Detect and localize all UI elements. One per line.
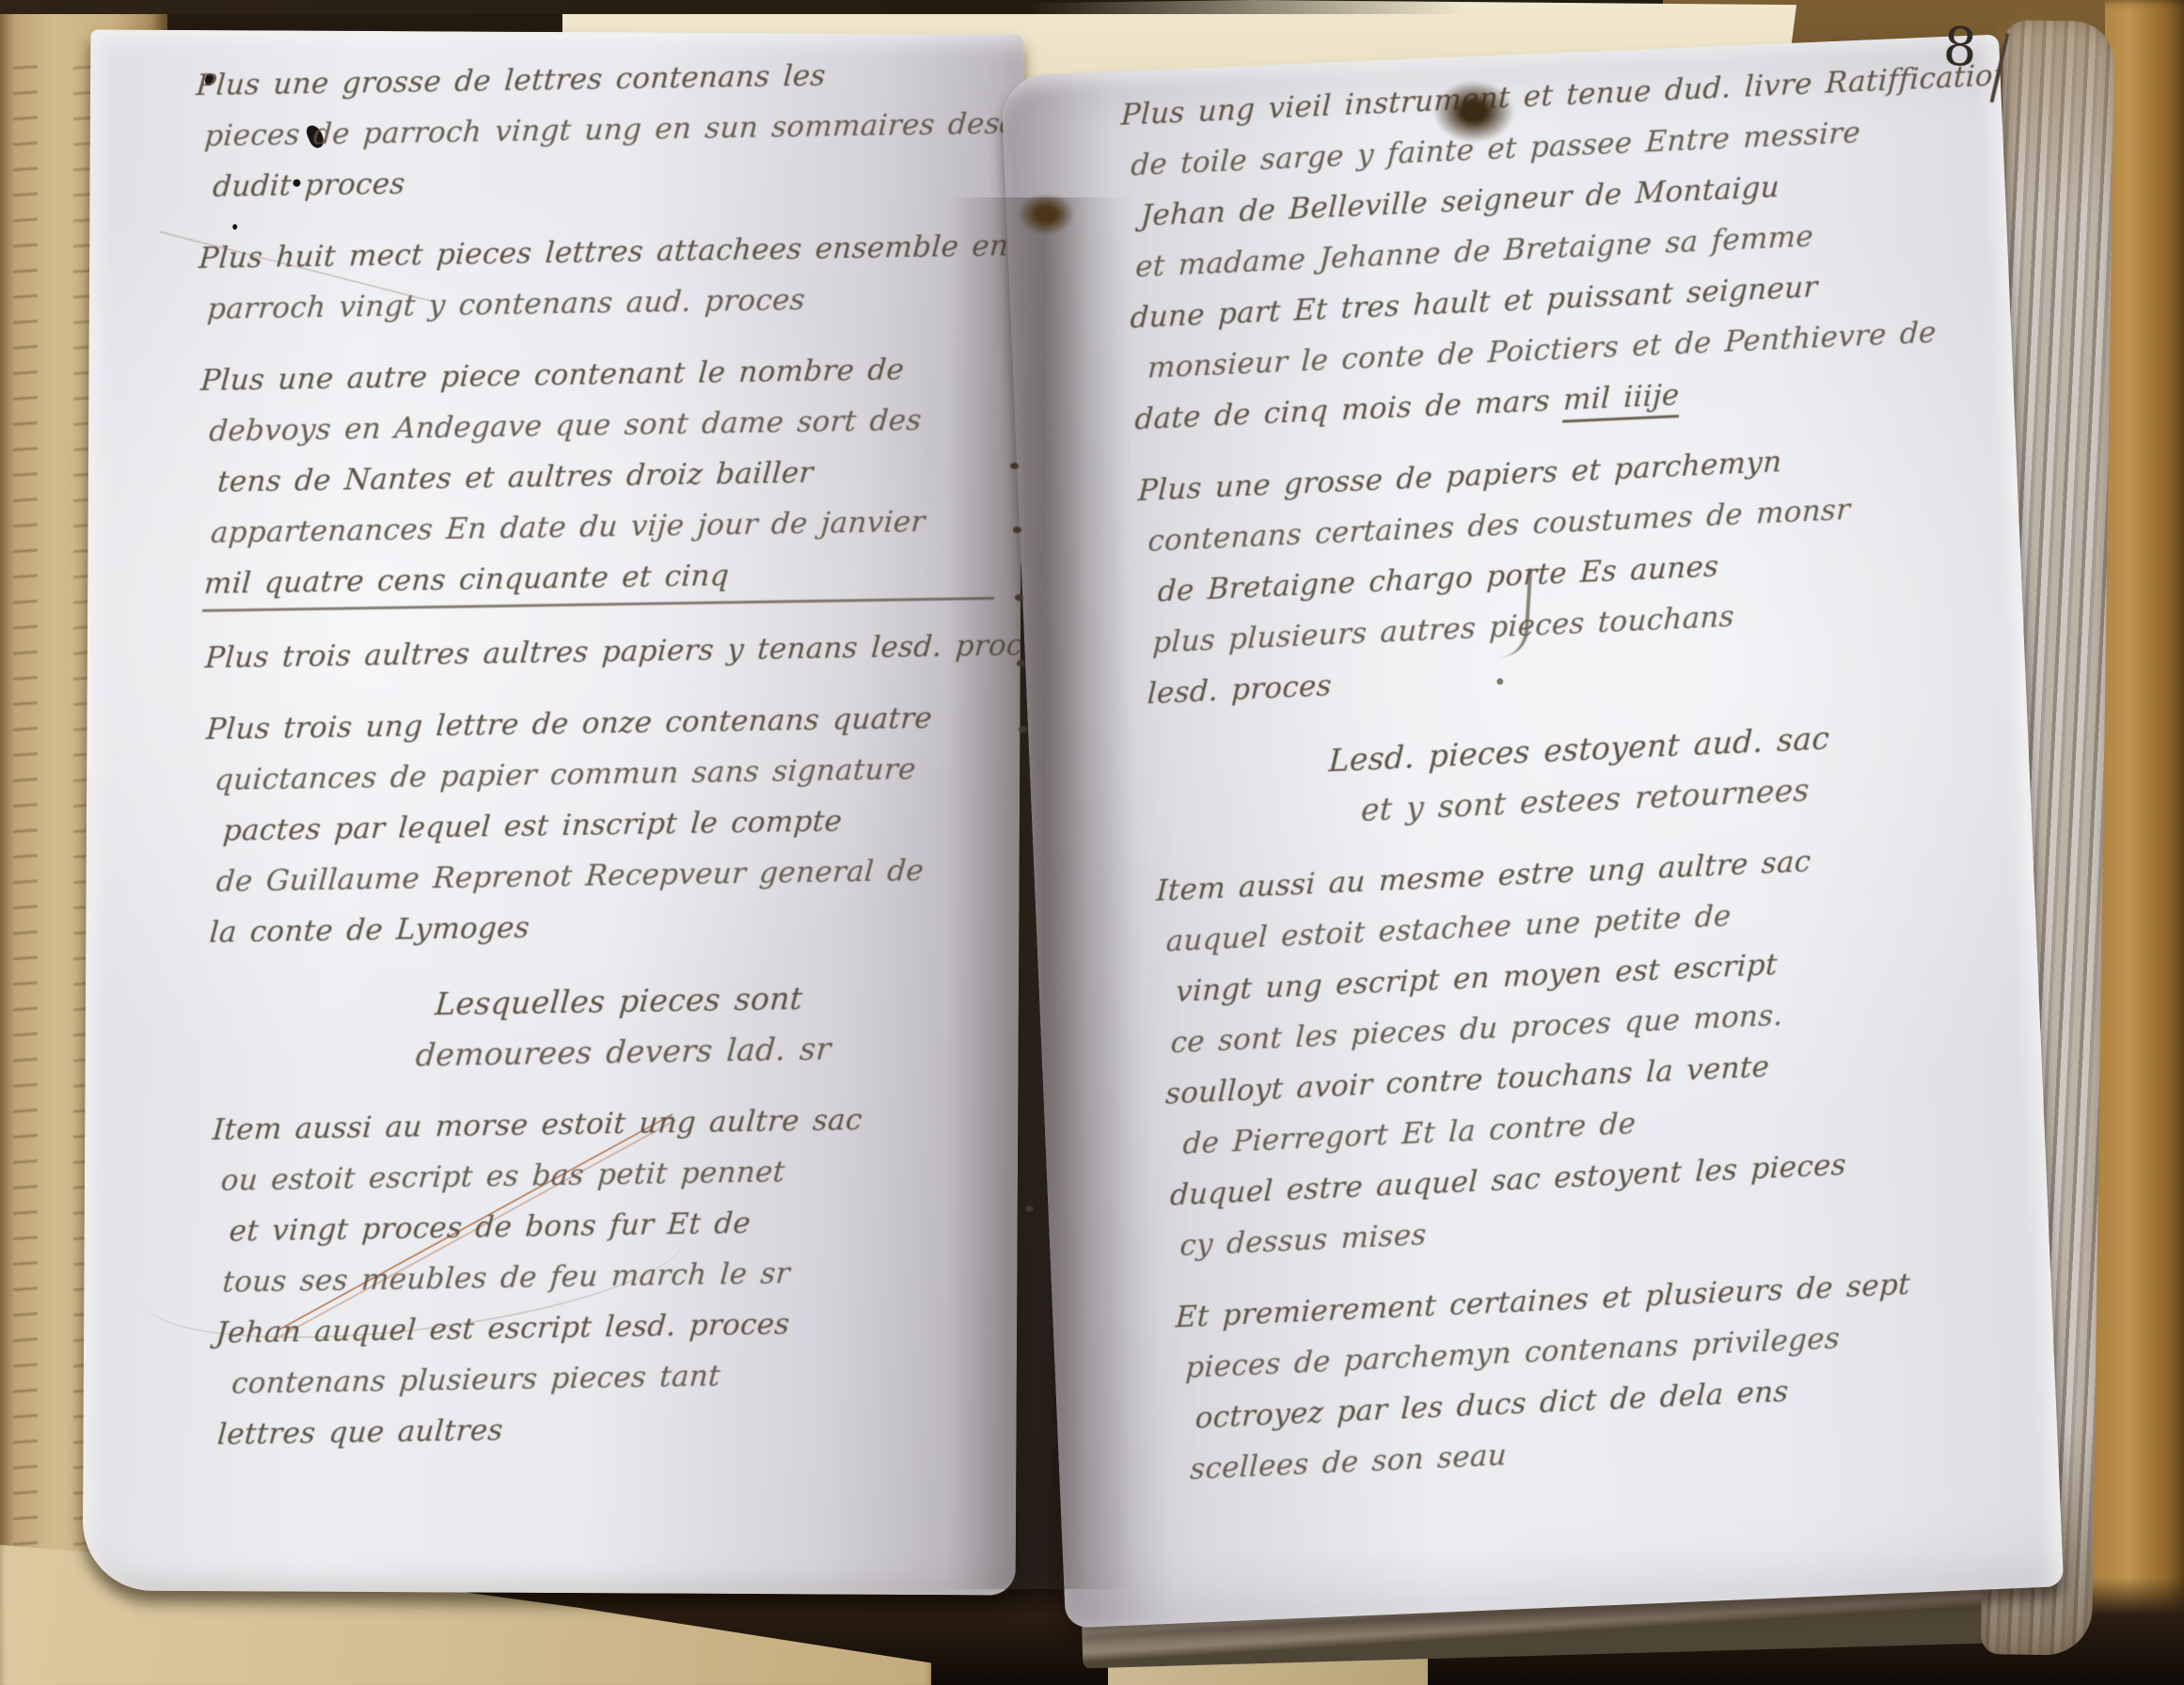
centered-heading: Lesd. pieces estoyent aud. sac et y sont… <box>1149 705 2011 845</box>
binding-stitch <box>1017 660 1025 667</box>
binding-stitch <box>1013 527 1021 533</box>
paragraph: Plus une autre piece contenant le nombre… <box>200 342 1021 612</box>
paragraph: Item aussi au mesme estre ung aultre sac… <box>1155 827 2031 1271</box>
folio-number: 8 <box>1941 16 1978 79</box>
paragraph: Plus huit mect pieces lettres attachees … <box>198 220 1017 335</box>
paragraph: Plus une grosse de papiers et parchemyn … <box>1137 427 2005 719</box>
illegible-vertical-handwriting <box>13 56 38 1608</box>
paragraph: Plus trois ung lettre de onze contenans … <box>206 691 1023 958</box>
right-page-text: Plus ung vieil instrument et tenue dud. … <box>1120 51 2042 1516</box>
paragraph: Plus ung vieil instrument et tenue dud. … <box>1120 51 1993 445</box>
manuscript-line-underlined: mil quatre cens cinquante et cinq <box>202 546 998 612</box>
manuscript-line: Plus trois aultres aultres papiers y ten… <box>203 620 1023 684</box>
paragraph: Et premierement certaines et plusieurs d… <box>1175 1253 2041 1495</box>
binding-stitch <box>1010 463 1019 469</box>
left-page-text: Plus une grosse de lettres contenans les… <box>196 47 1023 1480</box>
left-page: Plus une grosse de lettres contenans les… <box>83 29 1024 1595</box>
top-edge-shadow <box>0 0 1467 14</box>
line-text: date de cinq mois de mars <box>1134 384 1564 437</box>
manuscript-photo: Plus une grosse de lettres contenans les… <box>0 0 2184 1685</box>
paragraph: Plus une grosse de lettres contenans les… <box>196 47 1014 213</box>
paragraph: Item aussi au morse estoit ung aultre sa… <box>213 1092 1024 1460</box>
binding-stitch <box>1015 594 1023 601</box>
centered-heading: Lesquelles pieces sont demourees devers … <box>211 969 1024 1084</box>
binding-stitch <box>1019 726 1027 732</box>
dark-stain <box>1018 194 1074 235</box>
paragraph: Plus trois aultres aultres papiers y ten… <box>205 620 1022 684</box>
binding-stitch <box>1025 1205 1034 1212</box>
right-page: Plus ung vieil instrument et tenue dud. … <box>1001 34 2064 1628</box>
dark-stain <box>1433 81 1514 143</box>
underlined-date: mil iiije <box>1562 378 1680 423</box>
